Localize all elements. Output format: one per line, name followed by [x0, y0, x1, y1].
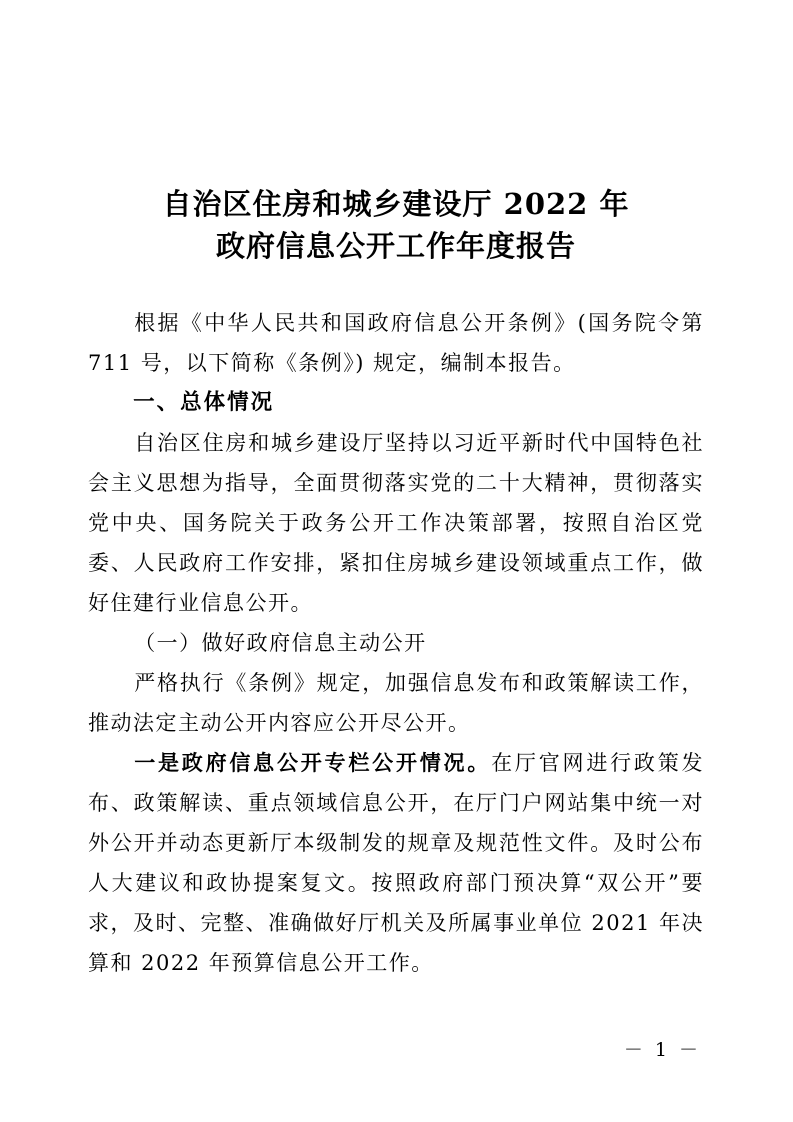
section1-paragraph: 自治区住房和城乡建设厅坚持以习近平新时代中国特色社会主义思想为指导，全面贯彻落实… [88, 423, 704, 623]
subsection-heading-active-disclosure: （一）做好政府信息主动公开 [88, 623, 704, 663]
document-title-line-1: 自治区住房和城乡建设厅 2022 年 [88, 183, 704, 225]
page-number: － 1 － [624, 1038, 701, 1062]
item1-paragraph: 一是政府信息公开专栏公开情况。在厅官网进行政策发布、政策解读、重点领域信息公开，… [88, 743, 704, 983]
intro-paragraph: 根据《中华人民共和国政府信息公开条例》(国务院令第 711 号，以下简称《条例》… [88, 303, 704, 383]
document-title-line-2: 政府信息公开工作年度报告 [88, 225, 704, 267]
section-heading-overall-situation: 一、总体情况 [88, 383, 704, 423]
subsection1-paragraph: 严格执行《条例》规定，加强信息发布和政策解读工作，推动法定主动公开内容应公开尽公… [88, 663, 704, 743]
item1-lead-sentence: 一是政府信息公开专栏公开情况。 [134, 750, 491, 775]
document-title: 自治区住房和城乡建设厅 2022 年 政府信息公开工作年度报告 [88, 183, 704, 267]
document-page: 自治区住房和城乡建设厅 2022 年 政府信息公开工作年度报告 根据《中华人民共… [0, 0, 793, 1122]
item1-body-text: 在厅官网进行政策发布、政策解读、重点领域信息公开，在厅门户网站集中统一对外公开并… [88, 751, 704, 975]
